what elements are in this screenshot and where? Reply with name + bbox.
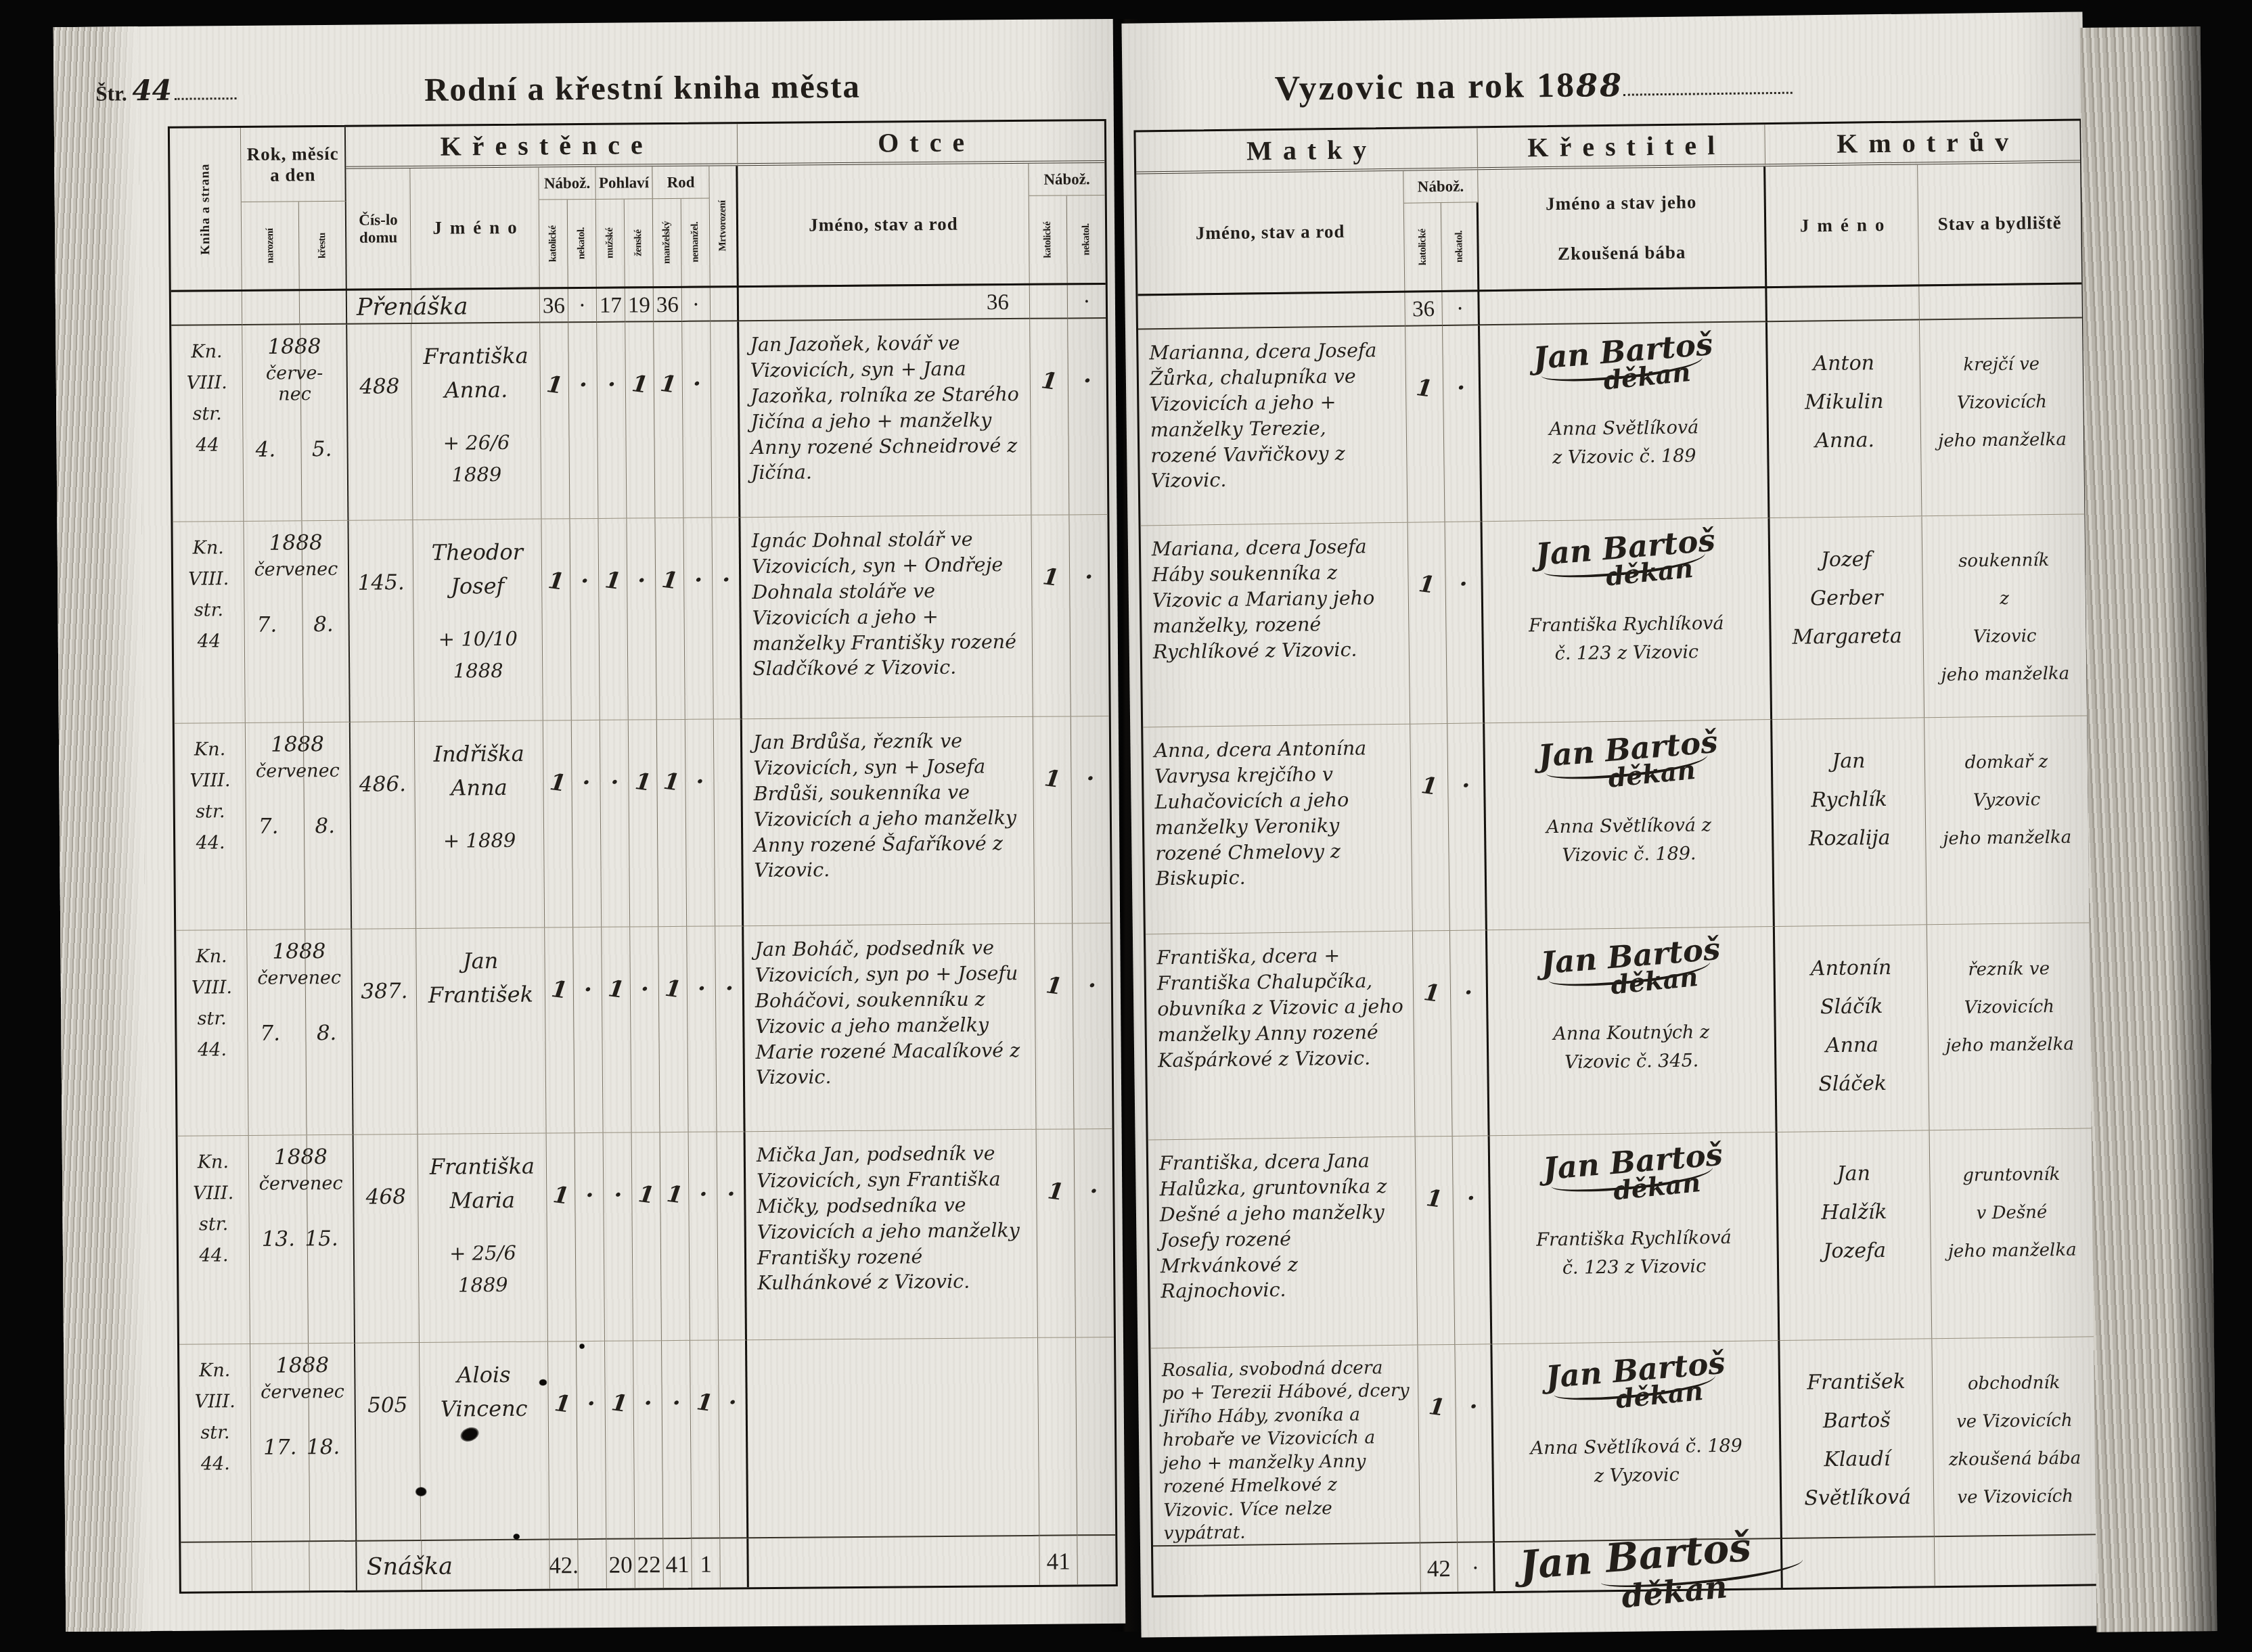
baptizer-cell: Jan Bartoš děkan Anna Světlíková č. 189 … [1492,1341,1782,1542]
father-record [747,1338,1039,1538]
col-header-matky-naboz: Nábož. [1403,170,1479,203]
tally-katolicke: 1 [543,720,573,927]
godparent-names: Jan Rychlík Rozalija [1772,718,1927,927]
col-header-krestitel-labels: Jméno a stav jeho Zkoušená bába [1478,166,1767,290]
father-record: Jan Jazoňek, kovář ve Vizovicích, syn + … [739,319,1031,518]
entry-days: 4.5. [243,437,346,462]
totals-katolicke: 42. [549,1540,579,1588]
mother-nekatol: · [1443,325,1483,522]
entry-name-cell: Theodor Josef + 10/10 1888 [413,520,543,722]
father-nekatol: · [1069,515,1108,716]
tally-nemanzel: · [689,1132,719,1341]
totals-empty [252,1542,310,1591]
father-katolicke: 1 [1030,319,1069,515]
carryover-empty [1767,285,1920,322]
col-header-jmeno-a-stav-jeho: Jméno a stav jeho [1479,191,1764,215]
carryover-empty [300,290,347,325]
tally-manzelsky: 1 [658,927,688,1132]
child-name: Františka Maria [418,1134,547,1218]
godparent-status: soukenník z Vizovic jeho manželka [1922,514,2087,718]
midwife: Anna Koutných z Vizovic č. 345. [1489,1017,1775,1078]
mother-nekatol: · [1450,930,1490,1137]
col-header-zkousena-baba: Zkoušená bába [1479,241,1765,265]
death-note: + 25/6 1889 [419,1237,547,1301]
entry-year: 1888 [242,325,346,359]
death-note: + 10/10 1888 [414,623,543,687]
totals-otce-nekatol [1077,1536,1116,1584]
carryover-nekatol: · [568,288,597,323]
father-nekatol [1076,1337,1115,1536]
godparent-names: Anton Mikulin Anna. [1767,320,1922,518]
col-header-krestu: křestu [299,202,347,290]
section-header-krestence: Křestěnce [346,124,738,169]
col-header-kmotr-jmeno: Jméno [1765,164,1919,287]
godparent-status: obchodník ve Vizovicích zkoušená bába ve… [1932,1337,2097,1537]
tally-nemanzel: · [685,720,715,927]
dean-signature: Jan Bartoš děkan [1519,1530,1804,1609]
carryover-otce-katolicke-tick [1030,283,1068,319]
mother-nekatol: · [1447,723,1487,931]
totals-empty [1935,1535,2098,1586]
carryover-katolicke: 36 [540,288,568,323]
carryover-muzske: 17 [597,288,625,323]
col-header-rok-mesic-den: Rok, měsíc a den [241,127,346,202]
carryover-matky-nekatol: · [1442,290,1480,326]
tally-muzske: 1 [598,519,628,720]
section-header-otce: Otce [738,121,1104,166]
entry-house-number: 387. [352,929,418,1135]
entry-days: 7.8. [245,612,348,637]
godparent-status: krejčí ve Vizovicích jeho manželka [1920,318,2085,516]
tally-mrtvorozeni: · [712,518,742,719]
entry-month: červenec [248,967,351,989]
tally-mrtvorozeni: · [717,1132,747,1340]
entry-book-ref: Kn. VIII. str. 44. [178,1136,250,1345]
tally-nekatol: · [568,323,598,519]
right-title-printed: Vyzovic na rok 18 [1274,66,1576,108]
born-day: 7. [260,1022,280,1046]
mother-record: Františka, dcera + Františka Chalupčíka,… [1146,932,1416,1141]
father-record: Jan Brdůša, řezník ve Vizovicích, syn + … [742,717,1035,926]
entry-date-cell: 1888 červenec 13.15. [249,1135,355,1344]
tally-zenske: · [633,1341,663,1539]
entry-house-number: 505 [355,1343,421,1542]
entry-year: 1888 [244,521,347,555]
entry-name-cell: Jan František [416,928,546,1134]
born-day: 13. [262,1226,296,1251]
totals-empty [1153,1544,1421,1596]
father-katolicke: 1 [1033,716,1073,923]
carryover-label: Přenáška [347,288,540,325]
born-day: 17. [263,1435,297,1459]
tally-zenske: 1 [632,1132,662,1341]
col-header-manzelsky: manželský [653,199,682,287]
godparent-status: řezník ve Vizovicích jeho manželka [1927,923,2092,1130]
carryover-otce-nekatol: · [1068,283,1106,319]
col-header-naboz: Nábož. [539,167,595,200]
right-register-table: Matky Křestitel Kmotrův Jméno, stav a ro… [1133,118,2099,1597]
section-header-kmotruv: Kmotrův [1765,120,2080,166]
entry-house-number: 486. [351,722,416,930]
col-header-kniha-a-strana: Kniha a strana [170,128,242,291]
col-header-rod: Rod [652,166,709,200]
tally-nemanzel: · [682,322,712,518]
entry-house-number: 488 [347,324,413,521]
register-scan: Štr. 44 Rodní a křestní kniha města Knih… [0,0,2252,1652]
mother-katolicke: 1 [1413,931,1453,1137]
totals-matky-katolicke: 42 [1420,1543,1458,1592]
carryover-nemanzel: · [682,287,711,322]
born-day: 4. [255,438,275,462]
father-katolicke: 1 [1031,515,1071,716]
tally-muzske: · [600,720,630,927]
baptizer-cell: Jan Bartoš děkan Františka Rychlíková č.… [1483,518,1773,723]
page-number-block: Štr. 44 [95,73,237,108]
right-page: Vyzovic na rok 1888 Matky Křestitel Kmot… [1121,12,2102,1637]
child-name: Františka Anna. [411,323,540,408]
entry-days: 17.18. [251,1435,355,1460]
carryover-matky-katolicke: 36 [1405,291,1443,327]
totals-label: Snáška [357,1540,550,1590]
totals-empty [309,1542,357,1591]
right-page-title: Vyzovic na rok 1888 [1274,63,1793,109]
entry-house-number: 145. [348,520,414,722]
entry-date-cell: 1888 červe- nec 4.5. [242,325,348,522]
totals-empty [1782,1537,1935,1588]
mother-katolicke: 1 [1410,724,1450,932]
tally-muzske: 1 [602,927,631,1133]
tally-katolicke: 1 [548,1341,578,1540]
baptizer-cell: Jan Bartoš děkan Františka Rychlíková č.… [1490,1132,1780,1344]
left-page: Štr. 44 Rodní a křestní kniha města Knih… [53,19,1126,1632]
godparent-status: domkař z Vyzovic jeho manželka [1924,716,2090,925]
tally-nemanzel: 1 [690,1341,720,1539]
midwife: Františka Rychlíková č. 123 z Vizovic [1483,609,1770,669]
entry-name-cell: Františka Anna. + 26/6 1889 [411,323,541,520]
midwife: Františka Rychlíková č. 123 z Vizovic [1491,1223,1777,1283]
tally-manzelsky: · [662,1341,692,1539]
mother-nekatol: · [1445,522,1485,724]
death-note: + 1889 [415,825,543,857]
entry-year: 1888 [249,1135,353,1170]
carryover-otce-katolicke: 36 [739,284,1030,321]
tally-nekatol: · [575,1133,605,1341]
carryover-empty [1479,287,1767,325]
child-name: Indřiška Anna [415,721,543,806]
father-katolicke: 1 [1035,923,1074,1129]
tally-mrtvorozeni: · [719,1340,748,1538]
totals-otce-spacer [748,1536,1040,1587]
page-stack-edge-left [53,26,151,1632]
totals-empty [181,1542,252,1592]
entry-book-ref: Kn. VIII. str. 44 [171,325,244,522]
col-header-otce-katolicke: katolické [1029,196,1068,283]
entry-month: červenec [250,1381,354,1403]
carryover-empty [171,290,242,326]
entry-year: 1888 [246,722,349,757]
death-note [417,1032,545,1032]
father-nekatol: · [1075,1129,1114,1337]
entry-month: červenec [244,559,348,580]
carryover-mrtvorozeni [711,286,739,321]
mother-record: Mariana, dcera Josefa Háby soukenníka z … [1141,523,1411,728]
entry-date-cell: 1888 červenec 7.8. [247,930,353,1136]
col-header-matky-nekatol: nekatol. [1441,202,1480,291]
baptizer-cell: Jan Bartoš děkan Anna Světlíková z Vizov… [1480,322,1770,522]
baptized-day: 8. [315,814,335,838]
totals-otce-katolicke: 41 [1039,1536,1078,1584]
tally-katolicke: 1 [540,323,570,519]
child-name: Alois Vincenc [420,1342,548,1427]
carryover-zenske: 19 [625,287,654,322]
col-header-narozeni: narození [242,202,300,290]
mother-record: Marianna, dcera Josefa Žůrka, chalupníka… [1138,327,1408,526]
col-header-zenske: ženské [625,199,654,287]
father-nekatol: · [1073,923,1112,1129]
midwife: Anna Světlíková z Vizovic č. 189 [1481,413,1767,473]
tally-mrtvorozeni [714,719,744,926]
mother-katolicke: 1 [1405,326,1445,523]
midwife: Anna Světlíková z Vizovic č. 189. [1486,810,1772,871]
baptized-day: 15. [305,1226,338,1251]
tally-nekatol: · [577,1341,606,1540]
col-header-nekatol: nekatol. [568,200,597,288]
tally-muzske: · [597,323,627,519]
tally-nekatol: · [573,927,603,1133]
left-register-table: Kniha a strana Rok, měsíc a den narození… [168,119,1118,1594]
entry-book-ref: Kn. VIII. str. 44 [173,522,245,724]
mother-katolicke: 1 [1408,522,1448,725]
totals-matky-nekatol: · [1458,1542,1495,1592]
tally-muzske: 1 [605,1341,635,1540]
entry-date-cell: 1888 červenec 7.8. [244,521,350,723]
tally-katolicke: 1 [545,927,575,1133]
mother-nekatol: · [1455,1344,1495,1543]
father-katolicke [1038,1337,1077,1536]
ink-blot [579,1344,585,1349]
father-katolicke: 1 [1037,1129,1076,1337]
entry-year: 1888 [247,930,351,964]
entry-date-cell: 1888 červenec 17.18. [250,1344,357,1542]
carryover-empty [1138,292,1405,330]
tally-manzelsky: 1 [655,518,685,720]
mother-record: Rosalia, svobodná dcera po + Terezii Háb… [1150,1346,1420,1547]
godparent-names: František Bartoš Klaudí Světlíková [1780,1339,1935,1539]
entry-book-ref: Kn. VIII. str. 44. [175,723,247,931]
mother-nekatol: · [1453,1136,1493,1345]
dotted-line [1623,72,1793,96]
baptized-day: 8. [313,612,334,637]
tally-nemanzel: · [687,927,717,1132]
father-record: Ignác Dohnal stolář ve Vizovicích, syn +… [740,515,1033,719]
col-header-pohlavi: Pohlaví [595,166,652,200]
carryover-manzelsky: 36 [654,287,682,322]
tally-muzske: · [604,1133,633,1341]
col-header-mrtvorozeni: Mrtvorození [709,166,738,286]
page-number-handwritten: 44 [132,74,172,107]
ink-blot [513,1534,520,1540]
baptized-day: 18. [307,1435,340,1459]
tally-zenske: · [630,927,660,1132]
entry-name-cell: Indřiška Anna + 1889 [415,721,545,929]
father-nekatol: · [1071,716,1110,923]
entry-year: 1888 [250,1344,354,1378]
mother-katolicke: 1 [1418,1345,1458,1544]
tally-manzelsky: 1 [657,720,687,927]
entry-book-ref: Kn. VIII. str. 44. [179,1344,252,1543]
tally-nekatol: · [572,720,602,927]
tally-katolicke: 1 [541,519,571,720]
godparent-names: Jozef Gerber Margareta [1770,516,1924,720]
col-header-jmeno: Jméno [410,168,539,289]
tally-katolicke: 1 [547,1133,577,1341]
entry-book-ref: Kn. VIII. str. 44. [176,930,248,1137]
page-number-label: Štr. [95,81,127,105]
col-header-cislo-domu: Čís-lo domu [346,168,411,290]
entry-days: 7.8. [248,1021,351,1046]
section-header-krestitel: Křestitel [1477,124,1765,170]
godparent-names: Antonín Sláčík Anna Sláček [1775,925,1930,1132]
father-record: Mička Jan, podsedník ve Vizovicích, syn … [746,1130,1038,1340]
entry-days: 13.15. [250,1226,353,1252]
midwife: Anna Světlíková č. 189 z Vyzovic [1493,1431,1780,1492]
child-name: Jan František [416,928,545,1013]
carryover-empty [1919,283,2082,320]
col-header-matky-katolicke: katolické [1404,203,1443,292]
dotted-line [175,74,237,100]
totals-mrtvorozeni [720,1538,749,1587]
child-name: Theodor Josef [413,520,541,604]
godparent-names: Jan Halžík Jozefa [1778,1130,1933,1341]
mother-record: Anna, dcera Antonína Vavrysa krejčího v … [1143,725,1413,935]
baptizer-cell: Jan Bartoš děkan Anna Koutných z Vizovic… [1487,927,1778,1136]
father-nekatol: · [1068,319,1107,515]
tally-manzelsky: 1 [654,322,683,518]
baptized-day: 5. [312,437,332,461]
col-header-kmotr-stav-a-bydliste: Stav a bydliště [1918,162,2081,285]
col-header-otce-nekatol: nekatol. [1067,196,1106,283]
col-header-otce-jmeno-stav-rod: Jméno, stav a rod [738,164,1029,286]
tally-nekatol: · [570,519,600,720]
father-record: Jan Boháč, podsedník ve Vizovicích, syn … [744,924,1036,1132]
totals-nekatol [578,1540,607,1588]
ink-blot [539,1379,547,1386]
right-title-year-handwritten: 88 [1576,67,1624,104]
death-note [420,1446,548,1446]
tally-nemanzel: · [683,518,713,720]
entry-month: červe- nec [243,363,346,405]
totals-manzelsky: 41 [663,1539,692,1588]
col-header-katolicke: katolické [539,200,568,288]
carryover-empty [242,290,300,325]
mother-record: Františka, dcera Jana Halůzka, gruntovní… [1148,1137,1418,1349]
tally-manzelsky: 1 [660,1132,690,1341]
col-header-otce-naboz: Nábož. [1029,163,1104,196]
tally-mrtvorozeni: · [715,926,745,1132]
entry-date-cell: 1888 červenec 7.8. [246,722,352,930]
section-header-matky: Matky [1135,128,1478,174]
col-header-matky-jmeno-stav-rod: Jméno, stav a rod [1136,171,1405,295]
tally-zenske: 1 [625,322,655,518]
entry-house-number: 468 [354,1134,420,1344]
godparent-status: gruntovník v Dešné jeho manželka [1930,1128,2095,1339]
baptizer-cell: Jan Bartoš děkan Anna Světlíková z Vizov… [1485,720,1775,930]
totals-muzske: 20 [606,1540,635,1588]
entry-name-cell: Alois Vincenc [420,1342,549,1541]
left-page-title: Rodní a křestní kniha města [284,66,1001,110]
tally-zenske: · [627,518,656,720]
mother-katolicke: 1 [1416,1137,1456,1346]
entry-name-cell: Františka Maria + 25/6 1889 [418,1134,548,1343]
born-day: 7. [257,613,277,637]
entry-days: 7.8. [246,814,350,839]
totals-zenske: 22 [635,1539,664,1588]
death-note: + 26/6 1889 [412,427,541,490]
entry-month: červenec [246,760,349,782]
baptized-day: 8. [317,1021,337,1045]
page-stack-edge-right [2080,26,2217,1632]
col-header-nemanzel: nemanžel. [681,199,711,287]
tally-mrtvorozeni [711,321,740,518]
tally-zenske: 1 [629,720,658,927]
totals-nemanzel: 1 [692,1539,721,1588]
col-header-muzske: mužské [596,200,625,288]
born-day: 7. [258,814,279,839]
ink-blot [415,1487,427,1496]
entry-month: červenec [249,1173,353,1195]
